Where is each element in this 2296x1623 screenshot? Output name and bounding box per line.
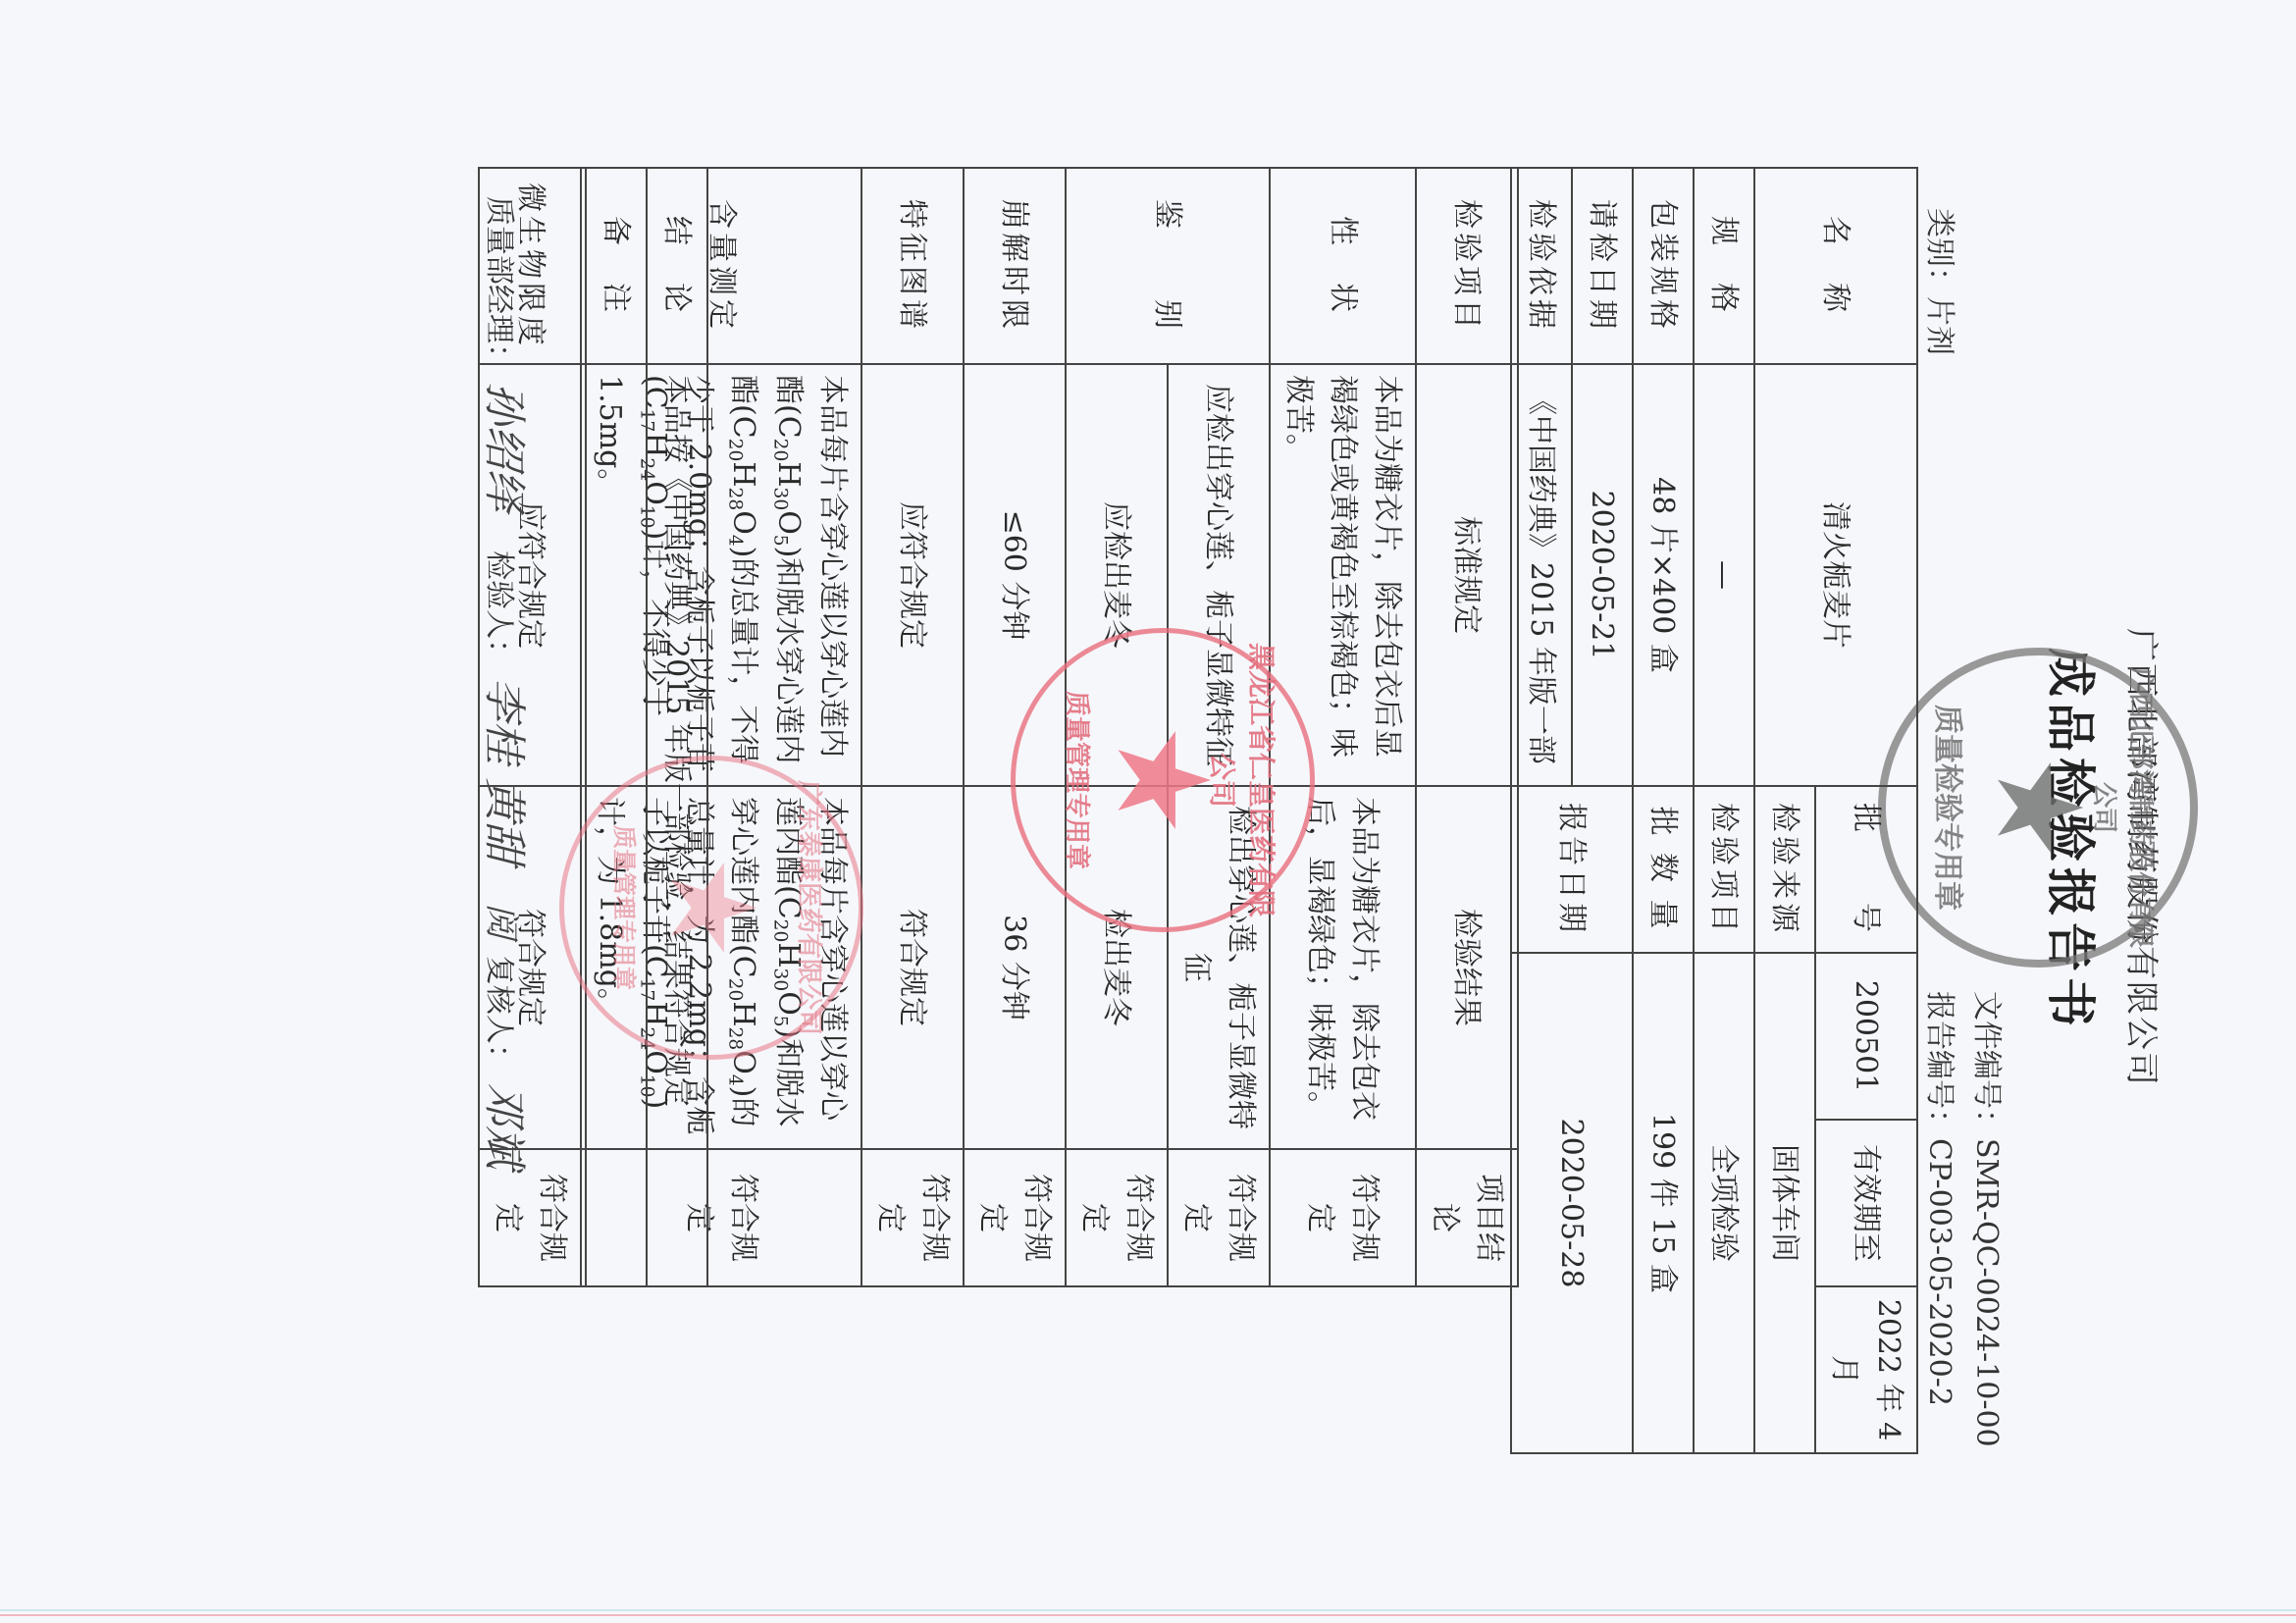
conclusion-identification-1: 符合规定	[1168, 1149, 1270, 1286]
reviewer-label: 复核人：	[482, 956, 516, 1073]
request-date-label: 请检日期	[1572, 168, 1633, 364]
batch-quantity-value: 199 件 15 盒	[1633, 953, 1694, 1453]
company-name: 广西北部湾制药股份有限公司	[2120, 628, 2168, 1087]
name-label: 名 称	[1754, 168, 1917, 364]
table-row: 特征图谱 应符合规定 符合规定 符合规定	[861, 168, 964, 1286]
batch-no-label: 批 号	[1815, 786, 1917, 953]
info-row: 包装规格 48 片×400 盒 批 数 量 199 件 15 盒	[1633, 168, 1694, 1453]
batch-quantity-label: 批 数 量	[1633, 786, 1694, 953]
spec-label: 规 格	[1694, 168, 1754, 364]
request-date-value: 2020-05-21	[1572, 364, 1633, 786]
remarks-label: 备 注	[586, 168, 647, 364]
result-identification-2: 检出麦冬	[1066, 786, 1168, 1149]
inspection-report-page: 广西北部湾制药股份有限公司 成品检验报告书 文件编号：SMR-QC-0024-1…	[0, 0, 2296, 1623]
source-value: 固体车间	[1754, 953, 1815, 1453]
scan-artifact-line	[0, 1614, 2296, 1616]
conclusion-identification-2: 符合规定	[1066, 1149, 1168, 1286]
remarks-text	[586, 364, 647, 1286]
package-spec-value: 48 片×400 盒	[1633, 364, 1694, 786]
report-number-value: CP-003-05-2020-2	[1922, 1138, 1957, 1406]
batch-info-table: 名 称 清火栀麦片 批 号 200501 有效期至 2022 年 4 月 检验来…	[1510, 167, 1918, 1454]
inspector-signature: 李桂 黄甜	[477, 678, 540, 864]
conclusion-fingerprint: 符合规定	[861, 1149, 964, 1286]
test-scope-label: 检验项目	[1694, 786, 1754, 953]
product-name: 清火栀麦片	[1754, 364, 1917, 786]
table-header-row: 检验项目 标准规定 检验结果 项目结论	[1416, 168, 1518, 1286]
test-scope-value: 全项检验	[1694, 953, 1754, 1453]
signature-row: 质量部经理： 孙绍绎 检验人： 李桂 黄甜 阅 复核人： 邓斌	[477, 196, 540, 1169]
file-number: 文件编号：SMR-QC-0024-10-00	[1968, 991, 2011, 1447]
package-spec-label: 包装规格	[1633, 168, 1694, 364]
qa-manager-label: 质量部经理：	[482, 196, 516, 373]
report-date-value: 2020-05-28	[1511, 953, 1633, 1453]
info-row: 规 格 — 检验项目 全项检验	[1694, 168, 1754, 1453]
conclusion-label: 结 论	[647, 168, 707, 364]
category-value: 片剂	[1922, 296, 1957, 355]
spec-value: —	[1694, 364, 1754, 786]
batch-no-value: 200501	[1815, 953, 1917, 1120]
file-number-value: SMR-QC-0024-10-00	[1969, 1138, 2004, 1447]
standard-disintegration: ≤60 分钟	[964, 364, 1066, 786]
expiry-value: 2022 年 4 月	[1815, 1286, 1917, 1453]
header-item: 检验项目	[1416, 168, 1518, 364]
standard-appearance: 本品为糖衣片，除去包衣后显褐绿色或黄褐色至棕褐色；味极苦。	[1270, 364, 1416, 786]
table-row: 性 状 本品为糖衣片，除去包衣后显褐绿色或黄褐色至棕褐色；味极苦。 本品为糖衣片…	[1270, 168, 1416, 1286]
table-row: 鉴 别 应检出穿心莲、栀子显微特征 检出穿心莲、栀子显微特征 符合规定	[1168, 168, 1270, 1286]
category-label: 类别：	[1922, 208, 1957, 296]
header-conclusion: 项目结论	[1416, 1149, 1518, 1286]
file-number-label: 文件编号：	[1969, 991, 2004, 1138]
qa-manager-signature: 孙绍绎	[477, 383, 540, 512]
stamp-text: 质量检验专用章	[1929, 655, 1972, 960]
basis-label: 检验依据	[1511, 168, 1572, 364]
standard-identification-1: 应检出穿心莲、栀子显微特征	[1168, 364, 1270, 786]
expiry-label: 有效期至	[1815, 1120, 1917, 1286]
item-appearance: 性 状	[1270, 168, 1416, 364]
item-fingerprint: 特征图谱	[861, 168, 964, 364]
conclusion-appearance: 符合规定	[1270, 1149, 1416, 1286]
conclusion-row: 结 论 本品按《中国药典》2015 年版一部检验，结果符合规定	[647, 168, 707, 1286]
result-appearance: 本品为糖衣片，除去包衣后，显褐绿色；味极苦。	[1270, 786, 1416, 1149]
conclusion-table: 结 论 本品按《中国药典》2015 年版一部检验，结果符合规定 备 注	[585, 167, 708, 1287]
item-disintegration: 崩解时限	[964, 168, 1066, 364]
source-label: 检验来源	[1754, 786, 1815, 953]
report-number: 报告编号：CP-003-05-2020-2	[1921, 991, 1964, 1406]
report-number-label: 报告编号：	[1922, 991, 1957, 1138]
reviewer-signature: 邓斌	[477, 1082, 540, 1169]
scan-artifact-line	[0, 1609, 2296, 1611]
result-disintegration: 36 分钟	[964, 786, 1066, 1149]
info-row: 请检日期 2020-05-21 报告日期 2020-05-28	[1572, 168, 1633, 1453]
table-row: 崩解时限 ≤60 分钟 36 分钟 符合规定	[964, 168, 1066, 1286]
header-standard: 标准规定	[1416, 364, 1518, 786]
inspector-label: 检验人：	[482, 550, 516, 668]
checked-mark: 阅	[479, 903, 529, 938]
standard-identification-2: 应检出麦冬	[1066, 364, 1168, 786]
report-title: 成品检验报告书	[2039, 648, 2110, 1032]
standard-fingerprint: 应符合规定	[861, 364, 964, 786]
basis-value: 《中国药典》2015 年版一部	[1511, 364, 1572, 786]
report-date-label: 报告日期	[1511, 786, 1633, 953]
category: 类别：片剂	[1921, 208, 1964, 355]
conclusion-disintegration: 符合规定	[964, 1149, 1066, 1286]
result-fingerprint: 符合规定	[861, 786, 964, 1149]
item-identification: 鉴 别	[1066, 168, 1270, 364]
info-row: 名 称 清火栀麦片 批 号 200501 有效期至 2022 年 4 月	[1815, 168, 1917, 1453]
header-result: 检验结果	[1416, 786, 1518, 1149]
result-identification-1: 检出穿心莲、栀子显微特征	[1168, 786, 1270, 1149]
conclusion-microbial: 符合规定	[479, 1149, 581, 1286]
conclusion-text: 本品按《中国药典》2015 年版一部检验，结果符合规定	[647, 364, 707, 1286]
remarks-row: 备 注	[586, 168, 647, 1286]
